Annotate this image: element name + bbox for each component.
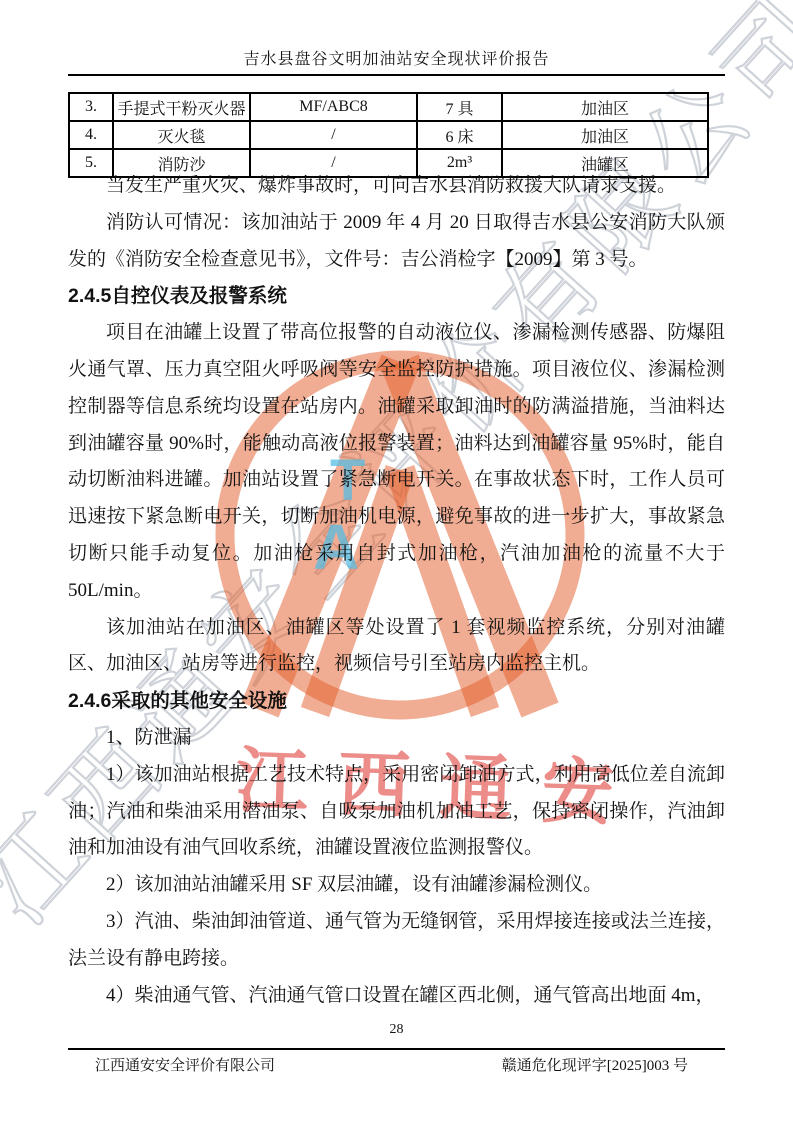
document-page: 江西通安全评价有限公司 T A 江西通安 吉水县盘谷文明加油站安全现状评价报告 … bbox=[0, 0, 793, 1122]
page-number: 28 bbox=[0, 1022, 793, 1038]
table-cell: 加油区 bbox=[502, 93, 708, 121]
paragraph: 4）柴油通气管、汽油通气管口设置在罐区西北侧，通气管高出地面 4m， bbox=[68, 978, 725, 1015]
header-divider bbox=[68, 74, 725, 76]
footer-doc-code: 赣通危化现评字[2025]003 号 bbox=[502, 1054, 688, 1075]
paragraph: 1）该加油站根据工艺技术特点，采用密闭卸油方式，利用高低位差自流卸油；汽油和柴油… bbox=[68, 757, 725, 867]
paragraph: 项目在油罐上设置了带高位报警的自动液位仪、渗漏检测传感器、防爆阻火通气罩、压力真… bbox=[68, 315, 725, 609]
report-title: 吉水县盘谷文明加油站安全现状评价报告 bbox=[0, 46, 793, 69]
table-cell: 4. bbox=[69, 121, 113, 149]
footer-divider bbox=[68, 1048, 725, 1050]
table-cell: 3. bbox=[69, 93, 113, 121]
paragraph: 3）汽油、柴油卸油管道、通气管为无缝钢管，采用焊接连接或法兰连接，法兰设有静电跨… bbox=[68, 904, 725, 978]
table-row: 4. 灭火毯 / 6 床 加油区 bbox=[69, 121, 708, 149]
table-cell: 6 床 bbox=[417, 121, 502, 149]
table-row: 3. 手提式干粉灭火器 MF/ABC8 7 具 加油区 bbox=[69, 93, 708, 121]
body-text: 当发生严重火灾、爆炸事故时，可向吉水县消防救援大队请求支援。 消防认可情况：该加… bbox=[68, 168, 725, 1014]
paragraph: 该加油站在加油区、油罐区等处设置了 1 套视频监控系统，分别对油罐区、加油区、站… bbox=[68, 610, 725, 684]
table-cell: 加油区 bbox=[502, 121, 708, 149]
paragraph: 当发生严重火灾、爆炸事故时，可向吉水县消防救援大队请求支援。 bbox=[68, 168, 725, 205]
table-cell: 灭火毯 bbox=[113, 121, 250, 149]
document-content: 吉水县盘谷文明加油站安全现状评价报告 3. 手提式干粉灭火器 MF/ABC8 7… bbox=[0, 0, 793, 1122]
section-heading-2-4-5: 2.4.5自控仪表及报警系统 bbox=[68, 278, 725, 315]
table-cell: 手提式干粉灭火器 bbox=[113, 93, 250, 121]
table-cell: MF/ABC8 bbox=[250, 93, 417, 121]
fire-equipment-table: 3. 手提式干粉灭火器 MF/ABC8 7 具 加油区 4. 灭火毯 / 6 床… bbox=[68, 92, 709, 178]
table-cell: / bbox=[250, 121, 417, 149]
footer-company-name: 江西通安安全评价有限公司 bbox=[95, 1054, 275, 1075]
paragraph: 2）该加油站油罐采用 SF 双层油罐，设有油罐渗漏检测仪。 bbox=[68, 867, 725, 904]
section-heading-2-4-6: 2.4.6采取的其他安全设施 bbox=[68, 683, 725, 720]
paragraph: 消防认可情况：该加油站于 2009 年 4 月 20 日取得吉水县公安消防大队颁… bbox=[68, 205, 725, 279]
table-cell: 7 具 bbox=[417, 93, 502, 121]
paragraph: 1、防泄漏 bbox=[68, 720, 725, 757]
